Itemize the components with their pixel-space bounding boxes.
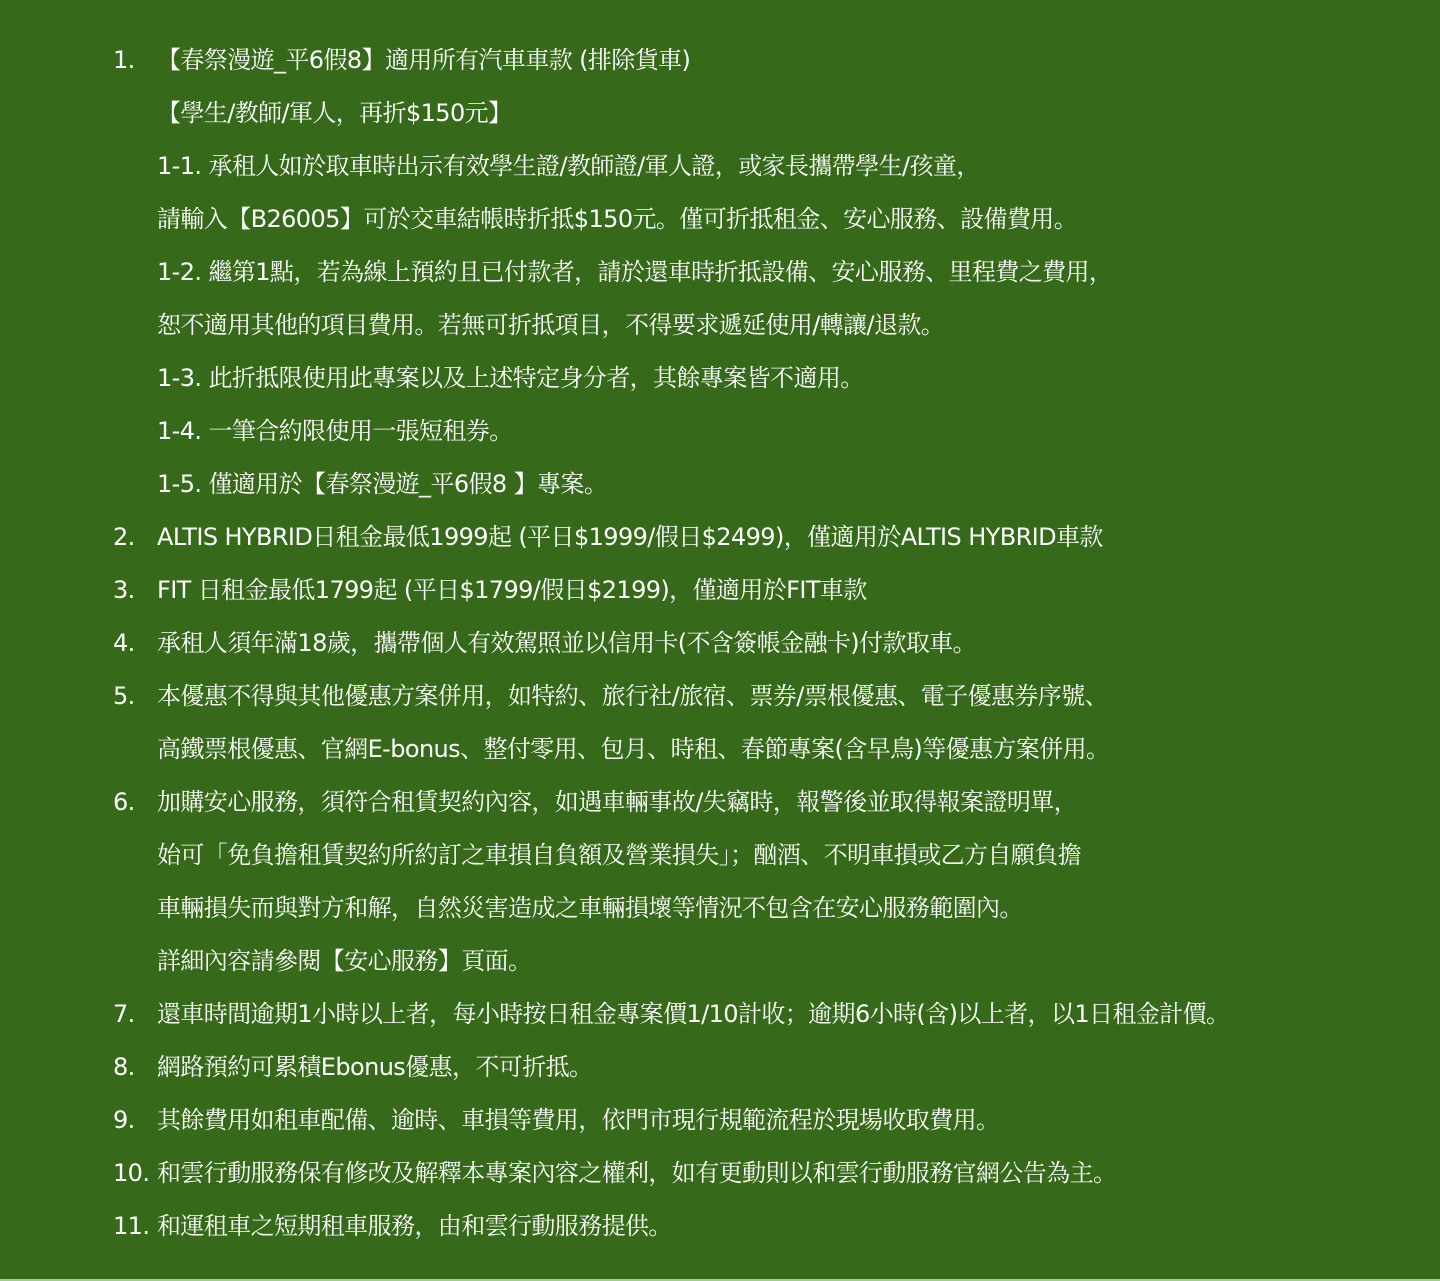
terms-line-8: 8. 網路預約可累積Ebonus優惠，不可折抵。 xyxy=(0,1041,1440,1094)
terms-line-1-4: 1-4. 一筆合約限使用一張短租券。 xyxy=(0,405,1440,458)
item-text: 詳細內容請參閱【安心服務】頁面。 xyxy=(157,935,531,988)
item-text: 高鐵票根優惠、官網E-bonus、整付零用、包月、時租、春節專案(含早鳥)等優惠… xyxy=(157,723,1109,776)
item-number: 4. xyxy=(113,617,135,670)
item-number: 6. xyxy=(113,776,135,829)
item-text: 1-1. 承租人如於取車時出示有效學生證/教師證/軍人證，或家長攜帶學生/孩童， xyxy=(157,140,980,193)
item-text: 和運租車之短期租車服務，由和雲行動服務提供。 xyxy=(157,1200,672,1253)
terms-line-1-1-cont: 請輸入【B26005】可於交車結帳時折抵$150元。僅可折抵租金、安心服務、設備… xyxy=(0,193,1440,246)
terms-line-6-cont-3: 詳細內容請參閱【安心服務】頁面。 xyxy=(0,935,1440,988)
terms-line-10: 10. 和雲行動服務保有修改及解釋本專案內容之權利，如有更動則以和雲行動服務官網… xyxy=(0,1147,1440,1200)
terms-line-2: 2. ALTIS HYBRID日租金最低1999起 (平日$1999/假日$24… xyxy=(0,511,1440,564)
item-text: 和雲行動服務保有修改及解釋本專案內容之權利，如有更動則以和雲行動服務官網公告為主… xyxy=(157,1147,1116,1200)
item-text: 車輛損失而與對方和解，自然災害造成之車輛損壞等情況不包含在安心服務範圍內。 xyxy=(157,882,1023,935)
item-text: FIT 日租金最低1799起 (平日$1799/假日$2199)，僅適用於FIT… xyxy=(157,564,867,617)
terms-line-6-cont-2: 車輛損失而與對方和解，自然災害造成之車輛損壞等情況不包含在安心服務範圍內。 xyxy=(0,882,1440,935)
item-text: 網路預約可累積Ebonus優惠，不可折抵。 xyxy=(157,1041,592,1094)
item-number: 7. xyxy=(113,988,135,1041)
item-text: 承租人須年滿18歲，攜帶個人有效駕照並以信用卡(不含簽帳金融卡)付款取車。 xyxy=(157,617,976,670)
terms-line-1-5: 1-5. 僅適用於【春祭漫遊_平6假8 】專案。 xyxy=(0,458,1440,511)
terms-line-4: 4. 承租人須年滿18歲，攜帶個人有效駕照並以信用卡(不含簽帳金融卡)付款取車。 xyxy=(0,617,1440,670)
item-text: 1-2. 繼第1點，若為線上預約且已付款者，請於還車時折抵設備、安心服務、里程費… xyxy=(157,246,1112,299)
terms-line-9: 9. 其餘費用如租車配備、逾時、車損等費用，依門市現行規範流程於現場收取費用。 xyxy=(0,1094,1440,1147)
item-text: 【學生/教師/軍人，再折$150元】 xyxy=(157,87,511,140)
item-number: 8. xyxy=(113,1041,135,1094)
terms-line-3: 3. FIT 日租金最低1799起 (平日$1799/假日$2199)，僅適用於… xyxy=(0,564,1440,617)
item-text: 1-5. 僅適用於【春祭漫遊_平6假8 】專案。 xyxy=(157,458,607,511)
item-text: 請輸入【B26005】可於交車結帳時折抵$150元。僅可折抵租金、安心服務、設備… xyxy=(157,193,1077,246)
item-text: 還車時間逾期1小時以上者，每小時按日租金專案價1/10計收；逾期6小時(含)以上… xyxy=(157,988,1229,1041)
terms-line-1-2: 1-2. 繼第1點，若為線上預約且已付款者，請於還車時折抵設備、安心服務、里程費… xyxy=(0,246,1440,299)
item-number: 11. xyxy=(113,1200,149,1253)
terms-line-1-3: 1-3. 此折抵限使用此專案以及上述特定身分者，其餘專案皆不適用。 xyxy=(0,352,1440,405)
item-text: 加購安心服務，須符合租賃契約內容，如遇車輛事故/失竊時，報警後並取得報案證明單， xyxy=(157,776,1077,829)
terms-line-7: 7. 還車時間逾期1小時以上者，每小時按日租金專案價1/10計收；逾期6小時(含… xyxy=(0,988,1440,1041)
item-text: 始可「免負擔租賃契約所約訂之車損自負額及營業損失」；酗酒、不明車損或乙方自願負擔 xyxy=(157,829,1081,882)
item-text: 本優惠不得與其他優惠方案併用，如特約、旅行社/旅宿、票券/票根優惠、電子優惠券序… xyxy=(157,670,1108,723)
item-text: 其餘費用如租車配備、逾時、車損等費用，依門市現行規範流程於現場收取費用。 xyxy=(157,1094,999,1147)
item-text: 1-4. 一筆合約限使用一張短租券。 xyxy=(157,405,513,458)
item-number: 5. xyxy=(113,670,135,723)
item-number: 3. xyxy=(113,564,135,617)
item-text: 恕不適用其他的項目費用。若無可折抵項目，不得要求遞延使用/轉讓/退款。 xyxy=(157,299,944,352)
item-number: 10. xyxy=(113,1147,149,1200)
terms-line-6-cont-1: 始可「免負擔租賃契約所約訂之車損自負額及營業損失」；酗酒、不明車損或乙方自願負擔 xyxy=(0,829,1440,882)
terms-line-6: 6. 加購安心服務，須符合租賃契約內容，如遇車輛事故/失竊時，報警後並取得報案證… xyxy=(0,776,1440,829)
terms-line-5-cont: 高鐵票根優惠、官網E-bonus、整付零用、包月、時租、春節專案(含早鳥)等優惠… xyxy=(0,723,1440,776)
item-text: ALTIS HYBRID日租金最低1999起 (平日$1999/假日$2499)… xyxy=(157,511,1103,564)
item-number: 9. xyxy=(113,1094,135,1147)
item-text: 【春祭漫遊_平6假8】適用所有汽車車款 (排除貨車) xyxy=(157,34,690,87)
terms-line-1-2-cont: 恕不適用其他的項目費用。若無可折抵項目，不得要求遞延使用/轉讓/退款。 xyxy=(0,299,1440,352)
terms-line-1-1: 1-1. 承租人如於取車時出示有效學生證/教師證/軍人證，或家長攜帶學生/孩童， xyxy=(0,140,1440,193)
terms-list: 1. 【春祭漫遊_平6假8】適用所有汽車車款 (排除貨車) 【學生/教師/軍人，… xyxy=(0,34,1440,1253)
terms-line-1: 1. 【春祭漫遊_平6假8】適用所有汽車車款 (排除貨車) xyxy=(0,34,1440,87)
item-number: 2. xyxy=(113,511,135,564)
item-text: 1-3. 此折抵限使用此專案以及上述特定身分者，其餘專案皆不適用。 xyxy=(157,352,864,405)
terms-line-1-subtitle: 【學生/教師/軍人，再折$150元】 xyxy=(0,87,1440,140)
terms-line-5: 5. 本優惠不得與其他優惠方案併用，如特約、旅行社/旅宿、票券/票根優惠、電子優… xyxy=(0,670,1440,723)
item-number: 1. xyxy=(113,34,135,87)
terms-line-11: 11. 和運租車之短期租車服務，由和雲行動服務提供。 xyxy=(0,1200,1440,1253)
